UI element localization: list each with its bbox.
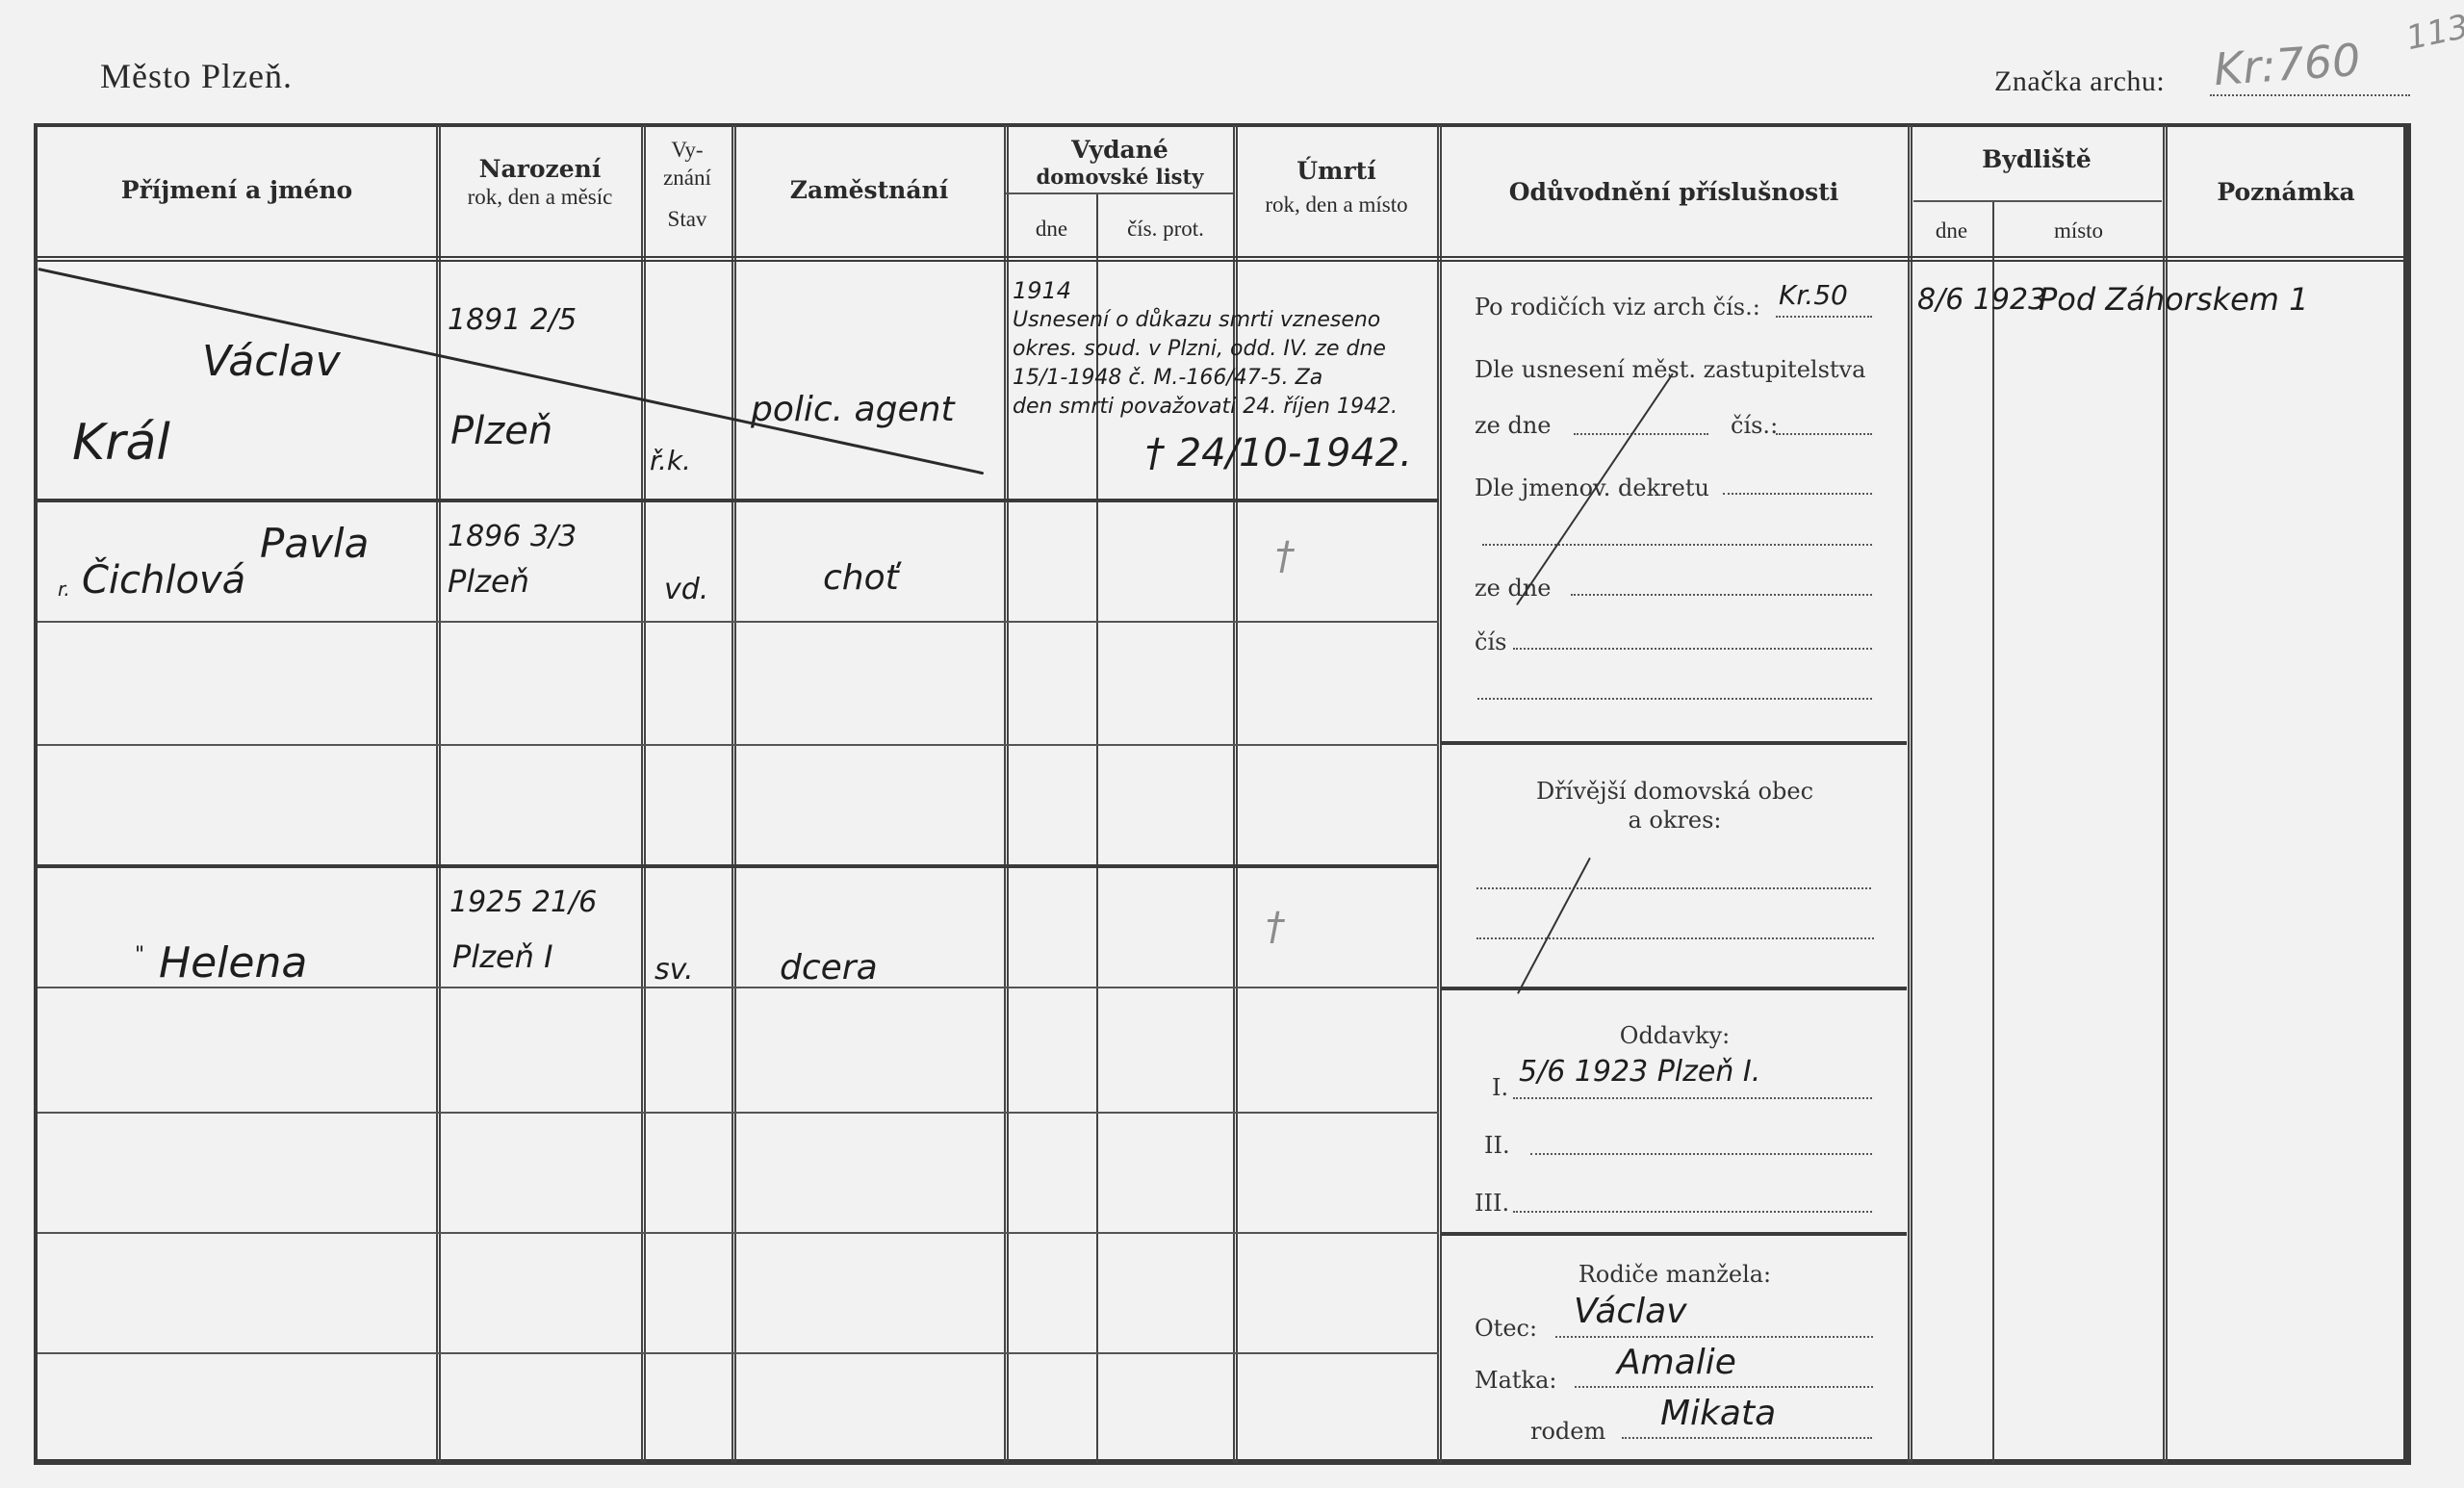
from-date-label: ze dne [1475, 412, 1552, 439]
col-divider [436, 125, 441, 1463]
residence-date: 8/6 1923 [1917, 283, 2046, 317]
col-header-birth: Narození rok, den a měsíc [439, 154, 641, 212]
col-header-death: Úmrtí rok, den a místo [1236, 156, 1437, 219]
col-header-issued-number: čís. prot. [1098, 216, 1233, 244]
born-label: rodem [1530, 1418, 1605, 1445]
person-1-issued-date: 1914 [1013, 277, 1071, 304]
previous-home-field-2[interactable] [1476, 937, 1874, 939]
extra-field[interactable] [1477, 698, 1872, 700]
col-divider [1992, 202, 1994, 1463]
residence-place: Pod Záhorskem 1 [2039, 281, 2309, 318]
by-parents-value: Kr.50 [1779, 279, 1848, 311]
issued-note-line: 15/1-1948 č. M.-166/47-5. Za [1013, 364, 1465, 393]
marriage-value-1: 5/6 1923 Plzeň I. [1519, 1055, 1760, 1089]
marriage-label: Oddavky: [1444, 1022, 1906, 1049]
marriage-num-2: II. [1484, 1132, 1510, 1159]
col-header-occupation: Zaměstnání [734, 175, 1004, 205]
col-header-residence-place: místo [1994, 218, 2163, 245]
col-header-note-label: Poznámka [2217, 178, 2354, 206]
col-header-birth-sub: rok, den a měsíc [439, 184, 641, 212]
person-1-birth-date: 1891 2/5 [448, 303, 577, 337]
by-parents-label: Po rodičích viz arch čís.: [1475, 294, 1760, 321]
page-number: 113 [2403, 8, 2464, 59]
person-1-surname: Král [72, 414, 170, 472]
col-header-name-label: Příjmení a jméno [121, 176, 352, 204]
col-header-status: Stav [643, 206, 731, 234]
header-rule [38, 256, 2403, 262]
decree-field-2[interactable] [1482, 544, 1872, 546]
person-1-issued-note: Usnesení o důkazu smrti vzneseno okres. … [1013, 306, 1465, 422]
col-header-issued-date-label: dne [1036, 217, 1067, 241]
col-header-residence-title: Bydliště [1982, 145, 2092, 173]
person-1-religion-status: ř.k. [650, 445, 691, 476]
person-2-death: † [1275, 534, 1295, 578]
col-header-issued-sub: domovské listy [1007, 165, 1233, 190]
sheet-mark-value: Kr:760 [2212, 34, 2362, 95]
by-parents-field[interactable] [1776, 316, 1872, 318]
father-value: Václav [1574, 1292, 1687, 1331]
number-label-2: čís [1475, 629, 1506, 655]
spouse-parents-label: Rodiče manžela: [1444, 1261, 1906, 1288]
person-2-religion-status: vd. [664, 573, 708, 606]
col-divider [731, 125, 736, 1463]
marriage-num-1: I. [1492, 1074, 1508, 1101]
person-3-occupation: dcera [780, 948, 878, 988]
person-3-birth-place: Plzeň I [452, 938, 553, 975]
col-header-residence: Bydliště [1911, 144, 2163, 174]
mother-label: Matka: [1475, 1367, 1556, 1394]
col-header-justification: Odůvodnění příslušnosti [1440, 177, 1908, 207]
sheet-mark-label: Značka archu: [1994, 65, 2165, 98]
born-value: Mikata [1660, 1394, 1776, 1433]
person-2-birth-place: Plzeň [448, 563, 529, 600]
col-header-death-title: Úmrtí [1236, 156, 1437, 186]
marriage-field-2[interactable] [1530, 1153, 1872, 1155]
from-date-field[interactable] [1574, 433, 1708, 435]
section-rule [1441, 741, 1907, 745]
col-divider [641, 125, 646, 1463]
previous-home-label-2: a okres: [1444, 807, 1906, 834]
header-subrule [1913, 200, 2162, 202]
decree-field[interactable] [1723, 493, 1872, 495]
mother-field[interactable] [1575, 1386, 1873, 1388]
from-date-label-2: ze dne [1475, 575, 1552, 602]
person-3-death: † [1266, 905, 1285, 949]
col-header-residence-place-label: místo [2054, 218, 2103, 243]
col-header-birth-title: Narození [439, 154, 641, 184]
person-1-birth-place: Plzeň [450, 409, 552, 453]
sheet-mark-field[interactable] [2210, 94, 2410, 96]
person-1-occupation: polic. agent [751, 390, 955, 429]
previous-home-field[interactable] [1476, 887, 1871, 889]
person-3-given-name: Helena [159, 938, 307, 988]
section-rule [1441, 987, 1907, 990]
city-title: Město Plzeň. [100, 56, 293, 96]
born-field[interactable] [1622, 1437, 1872, 1439]
col-header-residence-date: dne [1911, 218, 1992, 245]
marriage-field-1[interactable] [1513, 1097, 1872, 1099]
row-rule [38, 1232, 1439, 1234]
header-subrule [1006, 192, 1233, 194]
number-field[interactable] [1776, 433, 1872, 435]
person-2-surname: Čichlová [82, 558, 245, 603]
person-3-birth-date: 1925 21/6 [449, 885, 597, 919]
father-field[interactable] [1555, 1336, 1873, 1338]
col-header-residence-date-label: dne [1936, 218, 1967, 243]
row-rule [38, 864, 1439, 868]
issued-note-line: okres. soud. v Plzni, odd. IV. ze dne [1013, 335, 1465, 364]
col-divider [1004, 125, 1009, 1463]
issued-note-line: Usnesení o důkazu smrti vzneseno [1013, 306, 1465, 335]
marriage-num-3: III. [1475, 1190, 1509, 1217]
person-3-religion-status: sv. [654, 953, 693, 987]
person-2-birth-date: 1896 3/3 [448, 520, 577, 553]
col-header-religion-2: znání [643, 165, 731, 192]
person-2-given-name: Pavla [260, 520, 369, 567]
col-header-issued-number-label: čís. prot. [1127, 217, 1204, 241]
col-header-religion-1: Vy- [643, 137, 731, 165]
row-rule [38, 1112, 1439, 1114]
father-label: Otec: [1475, 1315, 1537, 1342]
row-rule [38, 744, 1439, 746]
col-divider [2163, 125, 2168, 1463]
col-header-justification-label: Odůvodnění příslušnosti [1509, 178, 1839, 206]
decree-label: Dle jmenov. dekretu [1475, 475, 1709, 501]
person-1-given-name: Václav [202, 337, 341, 386]
col-header-issued-title: Vydané [1007, 135, 1233, 165]
col-header-issued: Vydané domovské listy [1007, 135, 1233, 191]
person-1-death: † 24/10-1942. [1145, 431, 1412, 475]
number-label: čís.: [1731, 412, 1778, 439]
person-3-surname: " [135, 943, 144, 967]
row-rule [38, 499, 1439, 502]
col-header-issued-date: dne [1007, 216, 1096, 244]
col-header-occupation-label: Zaměstnání [790, 176, 948, 204]
section-rule [1441, 1232, 1907, 1236]
previous-home-label-1: Dřívější domovská obec [1444, 778, 1906, 805]
from-date-field-2[interactable] [1571, 594, 1872, 596]
col-header-religion: Vy- znání Stav [643, 137, 731, 233]
row-rule [38, 621, 1439, 623]
person-2-surname-prefix: r. [58, 577, 70, 601]
row-rule [38, 1352, 1439, 1354]
person-2-occupation: choť [823, 558, 899, 598]
col-divider [1908, 125, 1912, 1463]
col-header-death-sub: rok, den a místo [1236, 192, 1437, 219]
issued-note-line: den smrti považovati 24. říjen 1942. [1013, 393, 1465, 422]
number-field-2[interactable] [1513, 648, 1872, 650]
col-header-name: Příjmení a jméno [38, 175, 436, 205]
marriage-field-3[interactable] [1513, 1211, 1872, 1213]
col-header-note: Poznámka [2166, 177, 2406, 207]
mother-value: Amalie [1617, 1343, 1736, 1382]
